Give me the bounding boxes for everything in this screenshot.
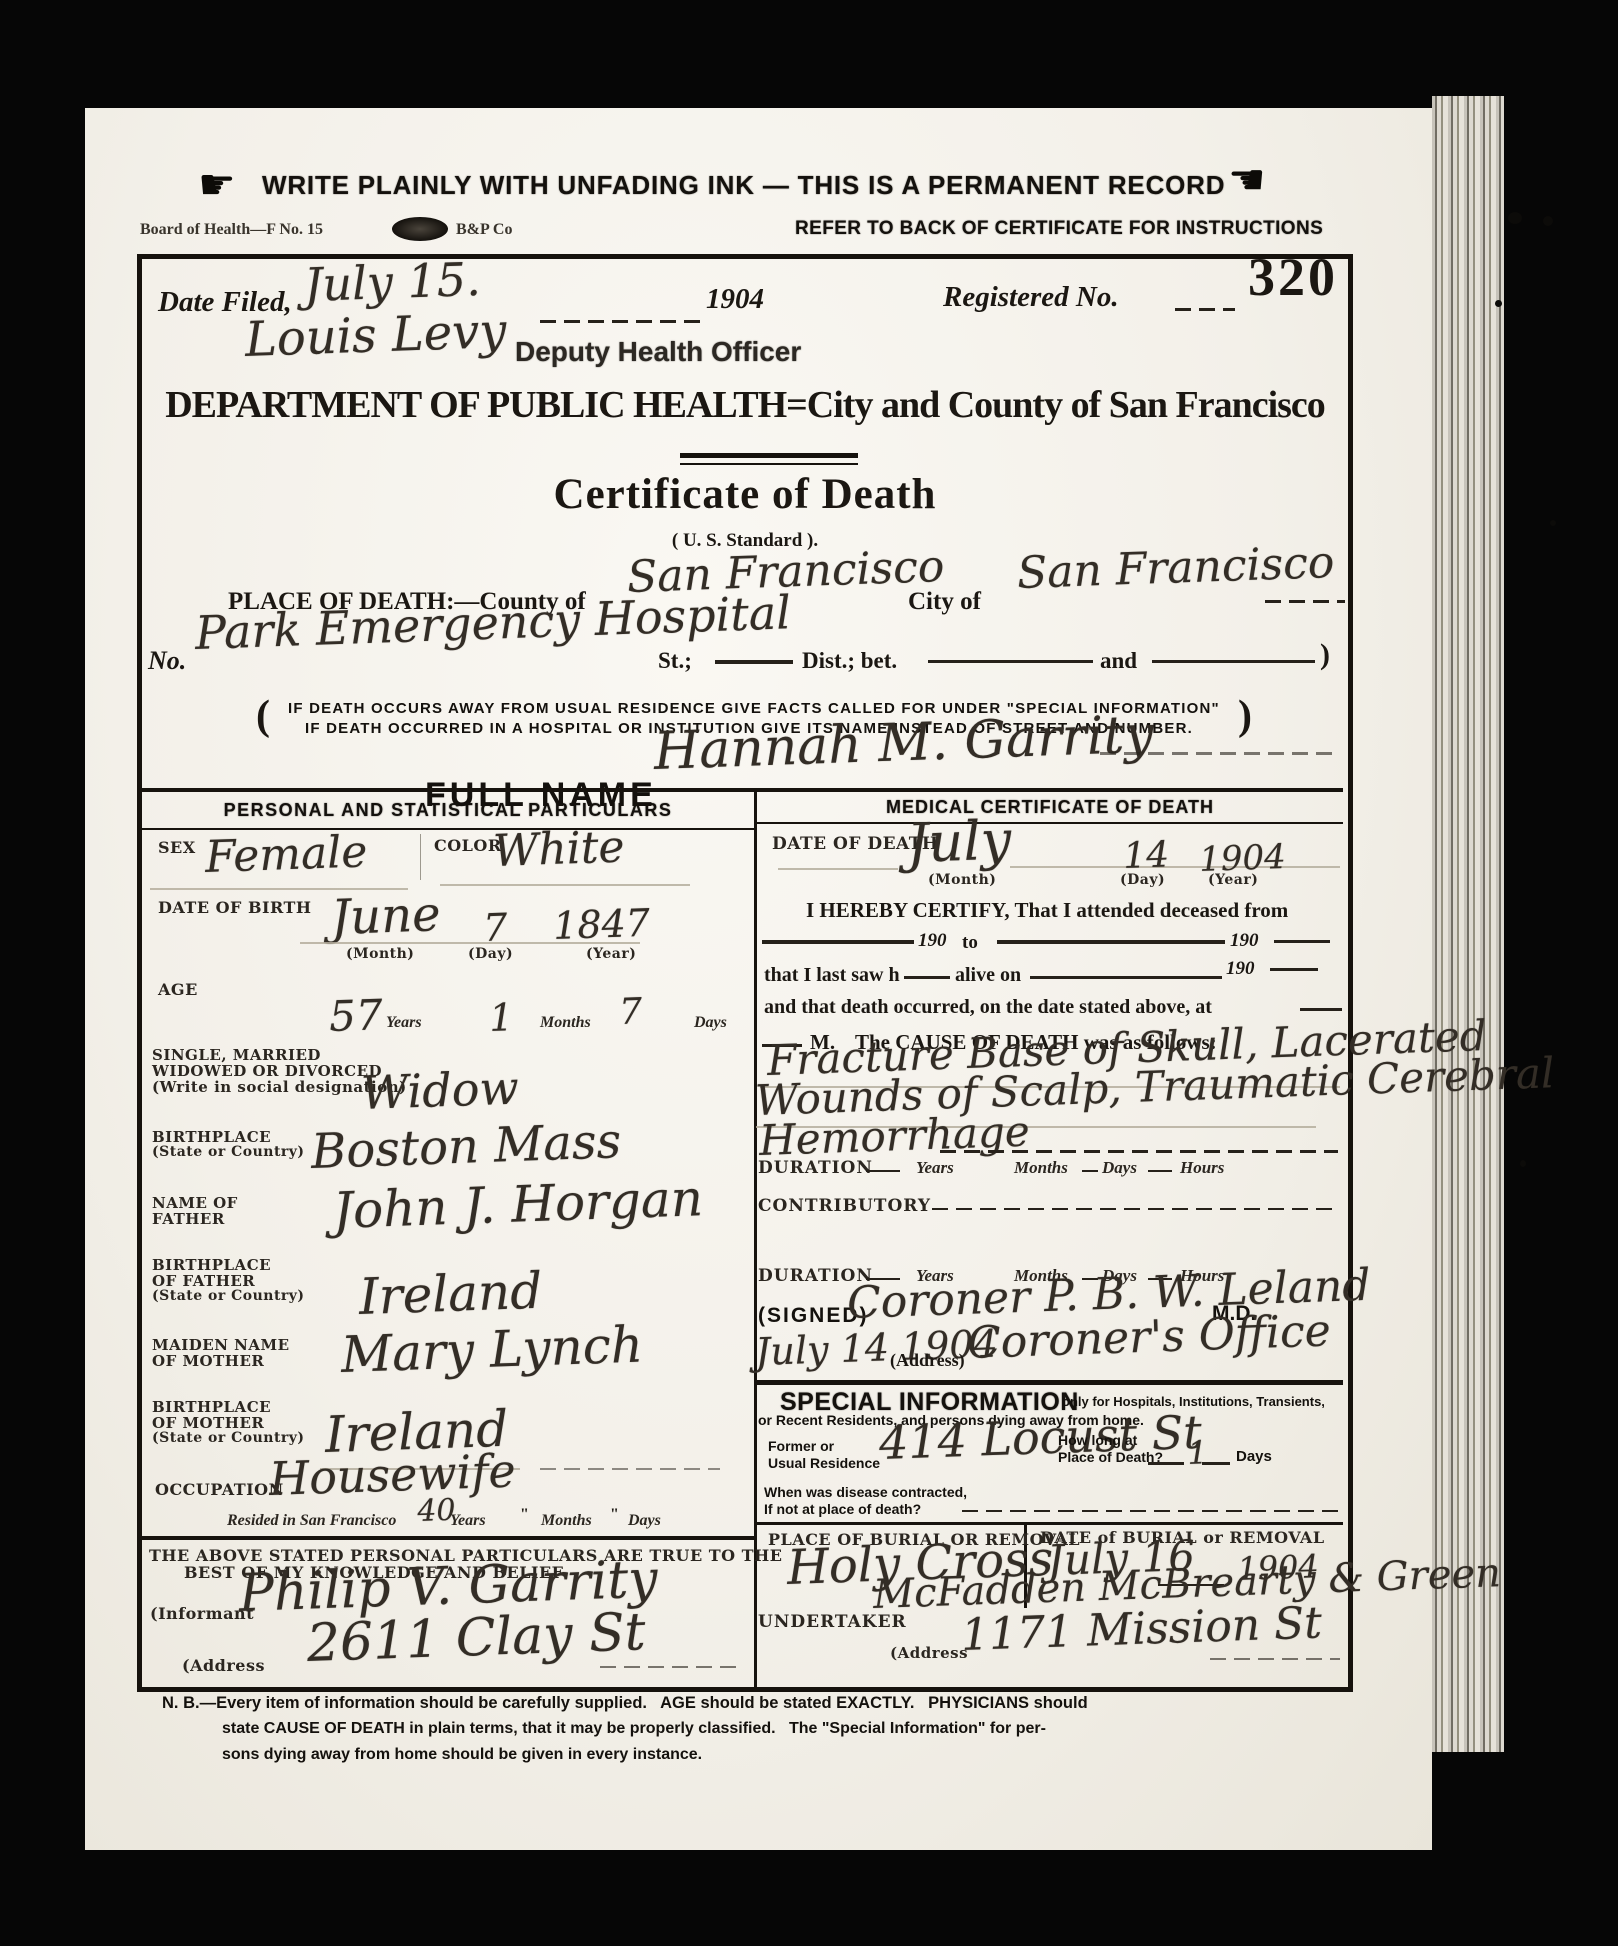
fill-line xyxy=(1175,308,1235,311)
certify-year-prefix2: 190 xyxy=(1230,930,1259,952)
fine-print-close-paren: ) xyxy=(1238,692,1252,740)
dob-month-value: June xyxy=(330,886,441,946)
fill-line xyxy=(928,660,1093,663)
dob-month-caption: (Month) xyxy=(346,946,414,962)
nb-note-line2: state CAUSE OF DEATH in plain terms, tha… xyxy=(222,1720,1046,1738)
mother-maiden-value: Mary Lynch xyxy=(340,1315,644,1384)
fill-line xyxy=(997,940,1225,944)
and-label: and xyxy=(1100,648,1137,674)
father-birthplace-value: Ireland xyxy=(358,1262,543,1326)
age-years-caption: Years xyxy=(386,1014,422,1032)
duration-label: DURATION xyxy=(758,1158,873,1178)
date-filed-year: 1904 xyxy=(706,283,764,316)
dob-year-value: 1847 xyxy=(552,901,650,948)
duration-years-caption: Years xyxy=(916,1158,954,1178)
fill-line xyxy=(932,1208,1340,1210)
disease-contracted-label-line1: When was disease contracted, xyxy=(764,1484,967,1500)
scanned-death-certificate: ☛ WRITE PLAINLY WITH UNFADING INK — THIS… xyxy=(0,0,1618,1946)
informant-label: (Informant xyxy=(150,1604,254,1623)
field-baseline xyxy=(778,868,898,870)
signed-address-label: (Address) xyxy=(890,1350,965,1371)
registered-no-label: Registered No. xyxy=(943,281,1119,314)
fill-line xyxy=(940,1150,1338,1153)
fill-line xyxy=(715,660,793,664)
informant-address-value: 2611 Clay St xyxy=(306,1602,647,1674)
board-of-health-form-number: Board of Health—F No. 15 xyxy=(140,221,323,239)
fill-line xyxy=(540,320,700,323)
color-value: White xyxy=(492,821,625,877)
closing-paren: ) xyxy=(1320,638,1330,672)
district-between-label: Dist.; bet. xyxy=(802,648,897,674)
health-officer-signature: Louis Levy xyxy=(244,303,507,368)
street-label: St.; xyxy=(658,648,692,674)
birthplace-value: Boston Mass xyxy=(310,1113,622,1180)
informant-address-label: (Address xyxy=(182,1656,265,1675)
city-label: City of xyxy=(908,588,981,616)
fill-line xyxy=(904,976,950,979)
resided-months-caption: Months xyxy=(541,1512,592,1530)
fill-line xyxy=(1265,600,1345,603)
fill-line xyxy=(1270,968,1318,971)
date-filed-value: July 15. xyxy=(303,252,481,312)
undertaker-address-label: (Address xyxy=(890,1644,968,1662)
duration-months-caption: Months xyxy=(1014,1158,1068,1178)
age-months-caption: Months xyxy=(540,1014,591,1032)
dob-day-caption: (Day) xyxy=(468,946,513,962)
fill-line xyxy=(1148,1462,1184,1465)
age-days-caption: Days xyxy=(694,1014,727,1032)
field-baseline xyxy=(440,884,690,886)
special-info-divider-rule xyxy=(757,1380,1343,1385)
former-residence-label-line1: Former or xyxy=(768,1438,834,1454)
fill-line xyxy=(1202,1462,1230,1465)
certify-statement: I HEREBY CERTIFY, That I attended deceas… xyxy=(806,898,1288,923)
refer-to-back-note: REFER TO BACK OF CERTIFICATE FOR INSTRUC… xyxy=(795,218,1323,240)
printer-emblem-icon xyxy=(392,217,448,241)
duration-days-caption: Days xyxy=(1102,1158,1137,1178)
medical-section-title: MEDICAL CERTIFICATE OF DEATH xyxy=(757,797,1343,818)
registered-no-value: 320 xyxy=(1248,246,1338,308)
fill-line xyxy=(1274,940,1330,943)
dod-month-value: July xyxy=(906,808,1012,875)
pointing-hand-left-icon: ☚ xyxy=(1228,155,1266,204)
date-of-birth-label: DATE OF BIRTH xyxy=(158,898,312,917)
resided-label: Resided in San Francisco xyxy=(227,1512,396,1530)
nb-note-line1: N. B.—Every item of information should b… xyxy=(162,1694,1088,1713)
fill-line xyxy=(1152,660,1315,663)
how-long-label-line1: How long at xyxy=(1058,1432,1137,1448)
age-months-value: 1 xyxy=(488,995,514,1040)
resided-years-caption: Years xyxy=(450,1512,486,1530)
alive-on-label: alive on xyxy=(955,964,1021,987)
former-residence-label-line2: Usual Residence xyxy=(768,1455,880,1471)
dod-day-caption: (Day) xyxy=(1120,872,1165,888)
how-long-days-caption: Days xyxy=(1236,1448,1272,1465)
how-long-value: 1 xyxy=(1187,1433,1209,1472)
contributory-label: CONTRIBUTORY xyxy=(758,1196,931,1216)
birthplace-caption: (State or Country) xyxy=(152,1144,305,1160)
dod-day-value: 14 xyxy=(1123,834,1170,877)
father-name-label-line2: FATHER xyxy=(152,1210,225,1228)
certify-year-prefix: 190 xyxy=(918,930,947,952)
marital-value: Widow xyxy=(360,1061,519,1120)
printer-name: B&P Co xyxy=(456,221,512,239)
field-baseline xyxy=(300,942,640,944)
write-plainly-banner: WRITE PLAINLY WITH UNFADING INK — THIS I… xyxy=(262,170,1225,201)
personal-section-title: PERSONAL AND STATISTICAL PARTICULARS xyxy=(142,800,754,821)
fill-line xyxy=(1148,1170,1172,1172)
ditto-mark: " xyxy=(610,1506,619,1524)
burial-section-rule xyxy=(757,1522,1343,1525)
sex-value: Female xyxy=(204,826,368,883)
age-label: AGE xyxy=(158,980,198,999)
occupation-value: Housewife xyxy=(268,1443,516,1506)
fill-line xyxy=(1300,1008,1342,1011)
pointing-hand-right-icon: ☛ xyxy=(198,160,236,209)
certify-to: to xyxy=(962,932,978,954)
fill-line xyxy=(1210,1658,1340,1660)
occupation-label: OCCUPATION xyxy=(155,1480,284,1499)
dob-year-caption: (Year) xyxy=(586,946,636,962)
header-underline xyxy=(757,822,1343,824)
age-years-value: 57 xyxy=(328,990,383,1041)
ornamental-rule xyxy=(680,453,858,465)
mother-birthplace-caption: (State or Country) xyxy=(152,1430,305,1446)
fill-line xyxy=(962,1510,1342,1512)
health-officer-title-stamp: Deputy Health Officer xyxy=(515,336,801,368)
mother-maiden-label-line2: OF MOTHER xyxy=(152,1352,264,1370)
cause-of-death-line3: Hemorrhage xyxy=(758,1107,1030,1165)
nb-note-line3: sons dying away from home should be give… xyxy=(222,1746,702,1764)
dod-year-caption: (Year) xyxy=(1208,872,1258,888)
dod-month-caption: (Month) xyxy=(928,872,996,888)
fill-line xyxy=(1082,1170,1098,1172)
last-saw-year-prefix: 190 xyxy=(1226,958,1255,980)
field-divider xyxy=(420,834,421,880)
fill-line xyxy=(1030,976,1222,979)
fill-line xyxy=(540,1468,720,1470)
fine-print-open-paren: ( xyxy=(256,692,270,740)
street-no-label: No. xyxy=(148,646,186,676)
duration-hours-caption: Hours xyxy=(1180,1158,1224,1178)
fill-line xyxy=(762,940,914,944)
age-days-value: 7 xyxy=(619,991,643,1033)
fill-line xyxy=(866,1170,900,1172)
field-baseline xyxy=(1010,866,1340,868)
dust-speck xyxy=(1520,1160,1526,1167)
dust-speck xyxy=(1508,212,1522,224)
sex-label: SEX xyxy=(158,838,196,857)
certificate-title: Certificate of Death xyxy=(160,470,1330,519)
ditto-mark: " xyxy=(520,1506,529,1524)
father-birthplace-caption: (State or Country) xyxy=(152,1288,305,1304)
fill-line xyxy=(1100,752,1335,755)
death-occurred-statement: and that death occurred, on the date sta… xyxy=(764,996,1212,1019)
header-underline xyxy=(142,828,754,830)
dust-speck xyxy=(1550,520,1556,526)
resided-days-caption: Days xyxy=(628,1512,661,1530)
dust-speck xyxy=(1543,216,1553,226)
fill-line xyxy=(600,1666,740,1668)
department-title: DEPARTMENT OF PUBLIC HEALTH=City and Cou… xyxy=(150,383,1340,427)
book-binding-page-edges xyxy=(1432,96,1504,1752)
disease-contracted-label-line2: If not at place of death? xyxy=(764,1501,921,1517)
last-saw-label: that I last saw h xyxy=(764,964,900,987)
section-divider-rule xyxy=(140,788,1343,792)
dust-speck xyxy=(1495,300,1502,307)
color-label: COLOR xyxy=(434,836,502,855)
attestation-divider-rule xyxy=(140,1536,754,1540)
